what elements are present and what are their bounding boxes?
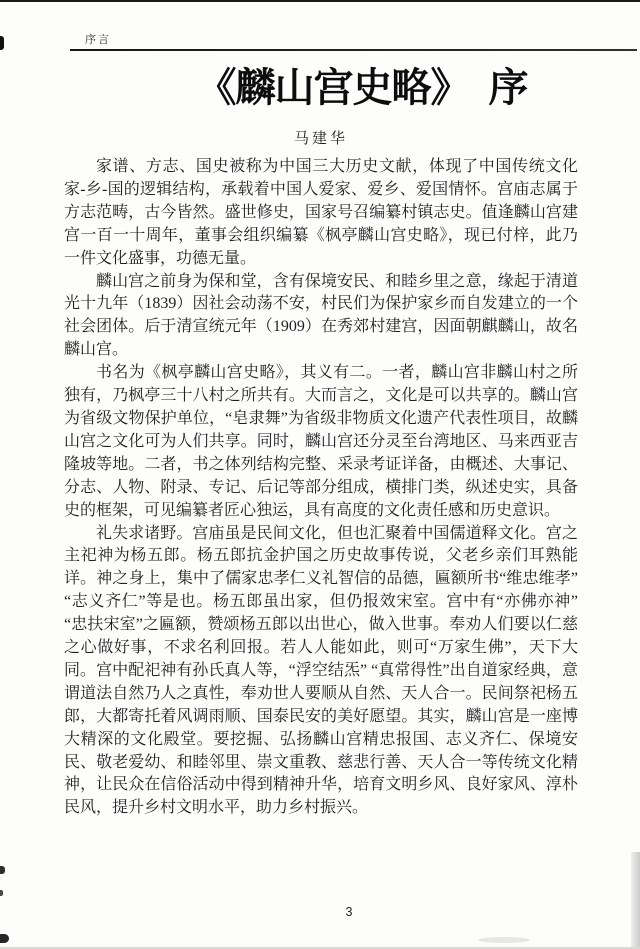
preface-body: 家谱、方志、国史被称为中国三大历史文献，体现了中国传统文化家-乡-国的逻辑结构，… <box>64 156 578 820</box>
header-rule <box>70 49 637 51</box>
scan-artifact-bottom-smudge <box>478 937 530 943</box>
paragraph-4: 礼失求诸野。宫庙虽是民间文化，但也汇聚着中国儒道释文化。宫之主祀神为杨五郎。杨五… <box>64 523 578 821</box>
scan-artifact-left-mark-4 <box>0 934 9 943</box>
page-number: 3 <box>64 905 634 919</box>
scan-artifact-left-mark-1 <box>0 36 4 50</box>
page-title: 《麟山宫史略》 序 <box>105 56 619 113</box>
scan-artifact-top-edge <box>0 0 640 2</box>
author-name: 马建华 <box>64 127 578 148</box>
paragraph-1: 家谱、方志、国史被称为中国三大历史文献，体现了中国传统文化家-乡-国的逻辑结构，… <box>64 156 578 271</box>
scanned-document-page: 序言 《麟山宫史略》 序 马建华 家谱、方志、国史被称为中国三大历史文献，体现了… <box>0 0 640 949</box>
scan-artifact-right-edge <box>631 852 640 949</box>
running-head: 序言 <box>85 31 111 47</box>
paragraph-2: 麟山宫之前身为保和堂，含有保境安民、和睦乡里之意，缘起于清道光十九年（1839）… <box>64 271 578 363</box>
scan-artifact-left-mark-2 <box>0 866 5 874</box>
paragraph-3: 书名为《枫亭麟山宫史略》，其义有二。一者，麟山宫非麟山村之所独有，乃枫亭三十八村… <box>64 362 578 522</box>
scan-artifact-left-mark-3 <box>0 890 3 896</box>
